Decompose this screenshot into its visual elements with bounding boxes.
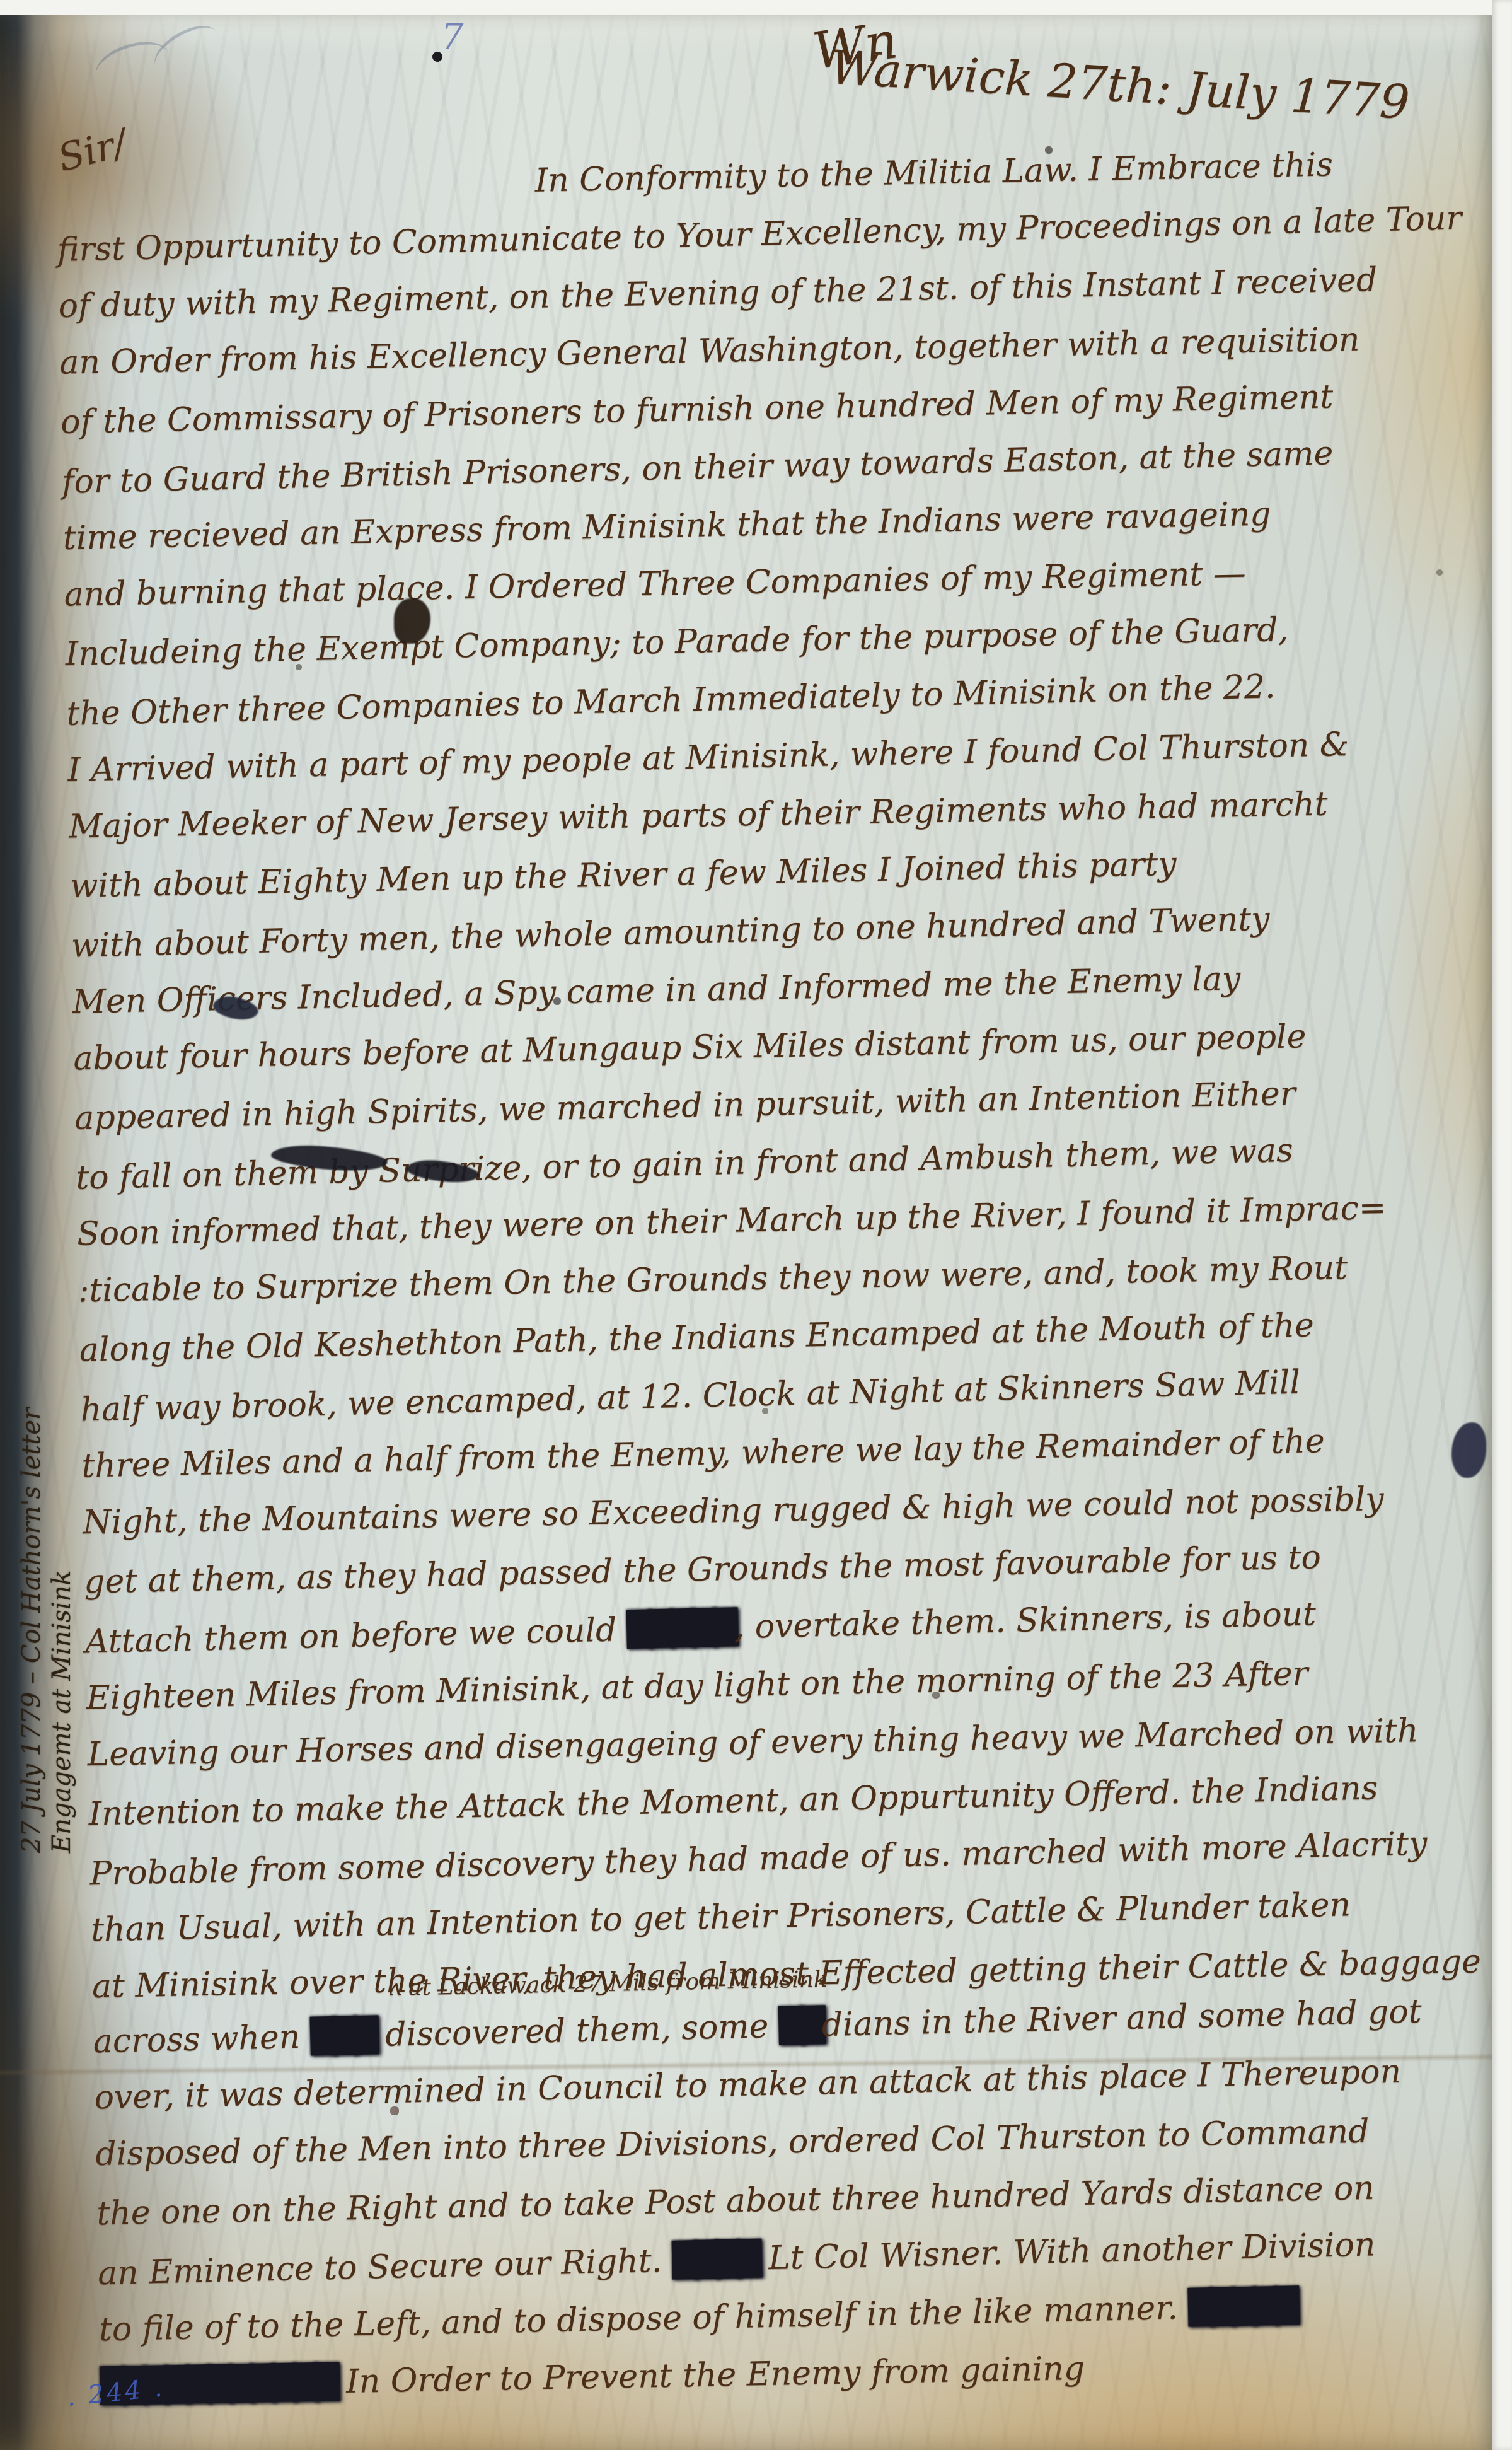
margin-annotation-line1: 27 July 1779 – Col Hathorn's letter: [17, 1408, 46, 1853]
ink-blot: █████: [626, 1608, 734, 1649]
margin-annotation: 27 July 1779 – Col Hathorn's letter Enga…: [16, 1361, 77, 1853]
letter-page: 7 Wn Warwick 27th: July 1779 Sir/ 27 Jul…: [0, 15, 1492, 2450]
ink-blot: █████: [1188, 2287, 1296, 2326]
ink-blot: ████: [672, 2239, 758, 2279]
scanner-edge-top: [0, 0, 1512, 15]
page-number: 7: [441, 16, 464, 57]
margin-annotation-line2: Engagemt at Minisink: [47, 1570, 76, 1853]
corner-scribble: [95, 19, 246, 88]
ink-blot: ███: [310, 2016, 375, 2055]
dateline: Warwick 27th: July 1779: [829, 40, 1411, 130]
scanner-edge-right: [1492, 0, 1512, 2450]
manuscript-scan: 7 Wn Warwick 27th: July 1779 Sir/ 27 Jul…: [0, 0, 1512, 2450]
letter-body: In Conformity to the Militia Law. I Embr…: [55, 133, 1512, 2417]
ink-blot: ██: [778, 2006, 822, 2045]
ink-specks: [0, 15, 3, 18]
